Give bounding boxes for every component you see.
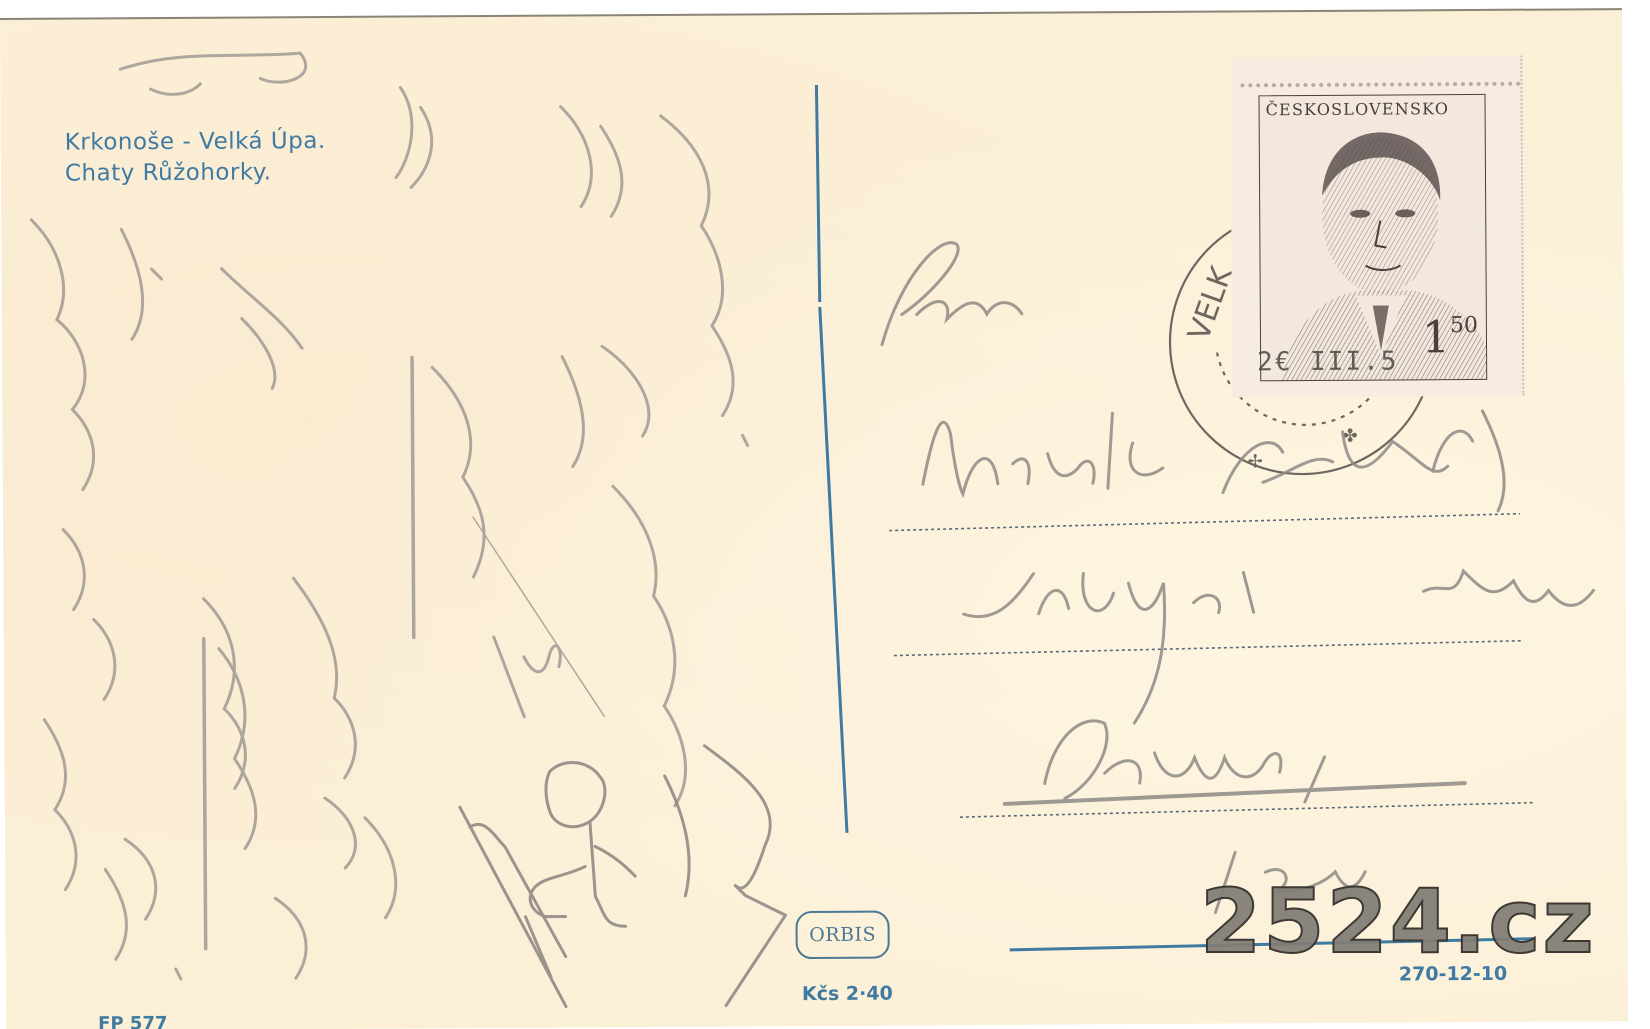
site-watermark: 2524.cz [1200,878,1596,966]
address-lines [889,514,1533,818]
postcard-price: Kčs 2·40 [802,983,893,1006]
stamp-frame: ČESKOSLOVENSKO 150 [1258,94,1487,381]
stamp-value: 150 [1422,312,1478,363]
svg-text:✢: ✢ [1248,451,1263,472]
vertical-divider [816,85,847,833]
skier-sketch [459,745,786,1007]
handwriting-message [30,50,751,979]
postmark-date: 2€ III.5 [1257,346,1398,377]
print-code-left: FP 577 [98,1013,167,1029]
publisher-logo: ORBIS [795,911,889,960]
